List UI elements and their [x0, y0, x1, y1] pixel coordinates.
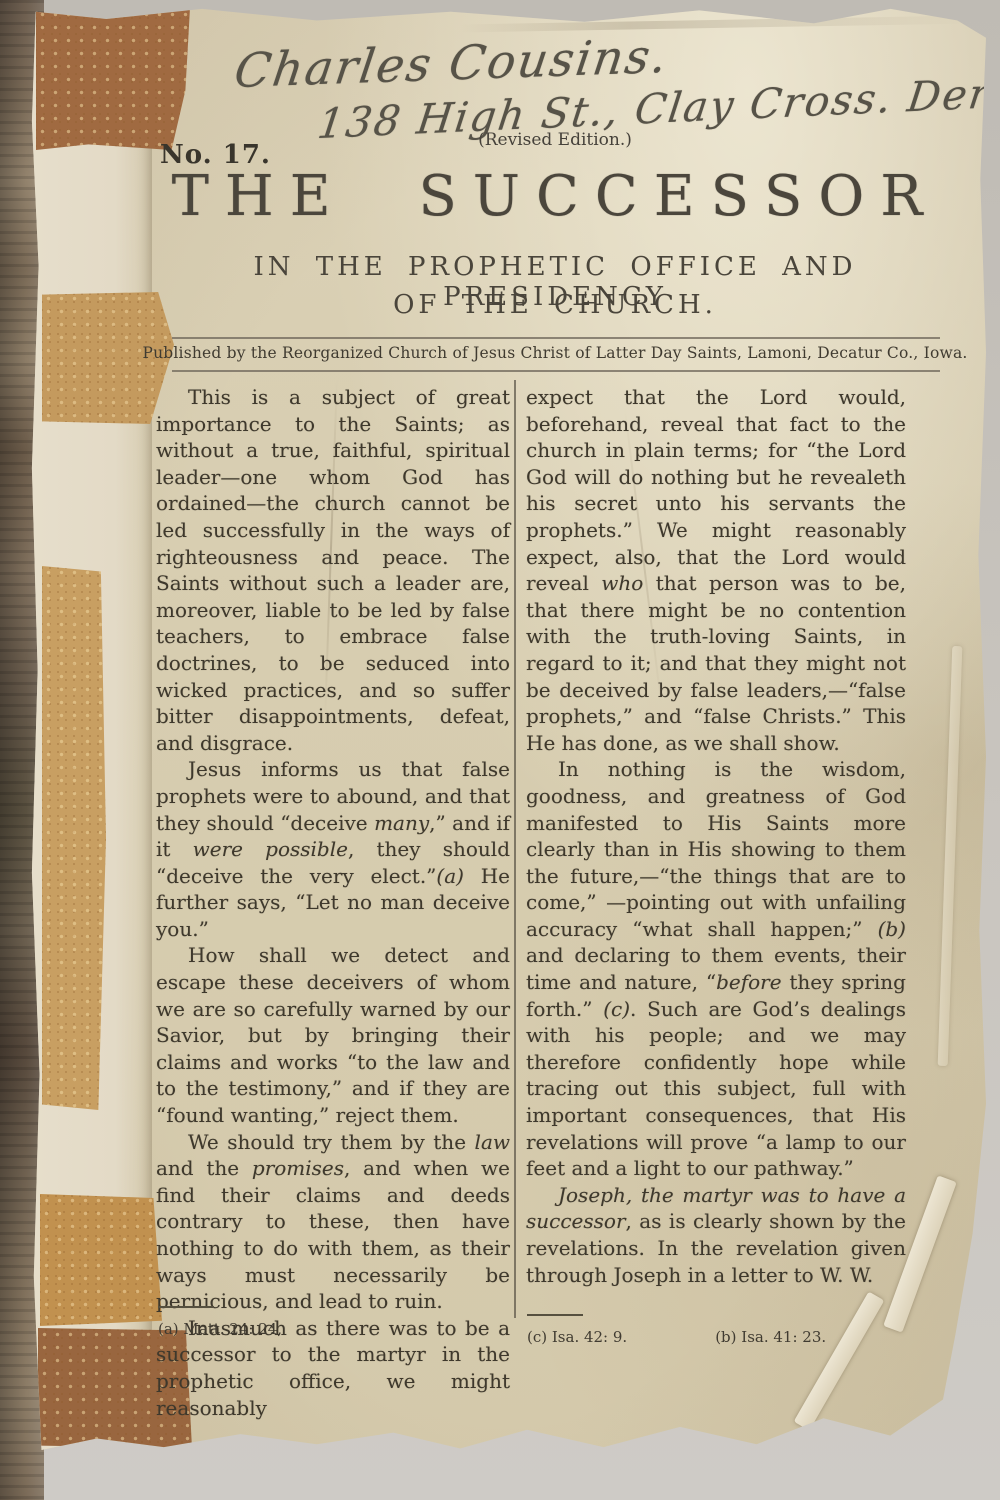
footnote-text: (c) Isa. 42: 9.	[527, 1328, 627, 1346]
footnote-left: (a) Matt. 24: 24,	[158, 1306, 282, 1338]
horizontal-rule	[172, 337, 940, 339]
column-divider-rule	[514, 380, 516, 1318]
paragraph: Jesus informs us that false prophets wer…	[156, 756, 510, 942]
publisher-imprint: Published by the Reorganized Church of J…	[115, 344, 995, 362]
footnote-text: (a) Matt. 24: 24,	[158, 1320, 282, 1338]
left-text-column: This is a subject of great importance to…	[156, 384, 510, 1421]
paragraph: expect that the Lord would, beforehand, …	[526, 384, 906, 756]
tape-strip-middle	[42, 566, 106, 1110]
torn-corner-fold	[794, 1292, 885, 1431]
paper-wrinkle	[938, 646, 963, 1066]
edition-note: (Revised Edition.)	[160, 130, 950, 150]
tape-patch-top-left	[36, 8, 190, 150]
right-text-column: expect that the Lord would, beforehand, …	[526, 384, 906, 1288]
scanned-pamphlet-page: Charles Cousins. 138 High St., Clay Cros…	[0, 0, 1000, 1500]
footnote-rule	[158, 1306, 214, 1308]
horizontal-rule	[172, 370, 940, 372]
paragraph: How shall we detect and escape these dec…	[156, 942, 510, 1128]
footnote-text: (b) Isa. 41: 23.	[715, 1328, 826, 1346]
paragraph: This is a subject of great importance to…	[156, 384, 510, 756]
tape-patch-lower	[40, 1194, 162, 1326]
paper-crease	[460, 16, 970, 33]
page-title: THE SUCCESSOR	[140, 164, 970, 229]
subtitle-line-2: OF THE CHURCH.	[140, 290, 970, 320]
pamphlet-page: Charles Cousins. 138 High St., Clay Cros…	[30, 6, 986, 1450]
paragraph: Joseph, the martyr was to have a success…	[526, 1182, 906, 1288]
footnote-right: (c) Isa. 42: 9. (b) Isa. 41: 23.	[527, 1314, 826, 1346]
footnote-rule	[527, 1314, 583, 1316]
paragraph: In nothing is the wisdom, goodness, and …	[526, 756, 906, 1182]
paragraph: We should try them by the law and the pr…	[156, 1129, 510, 1315]
